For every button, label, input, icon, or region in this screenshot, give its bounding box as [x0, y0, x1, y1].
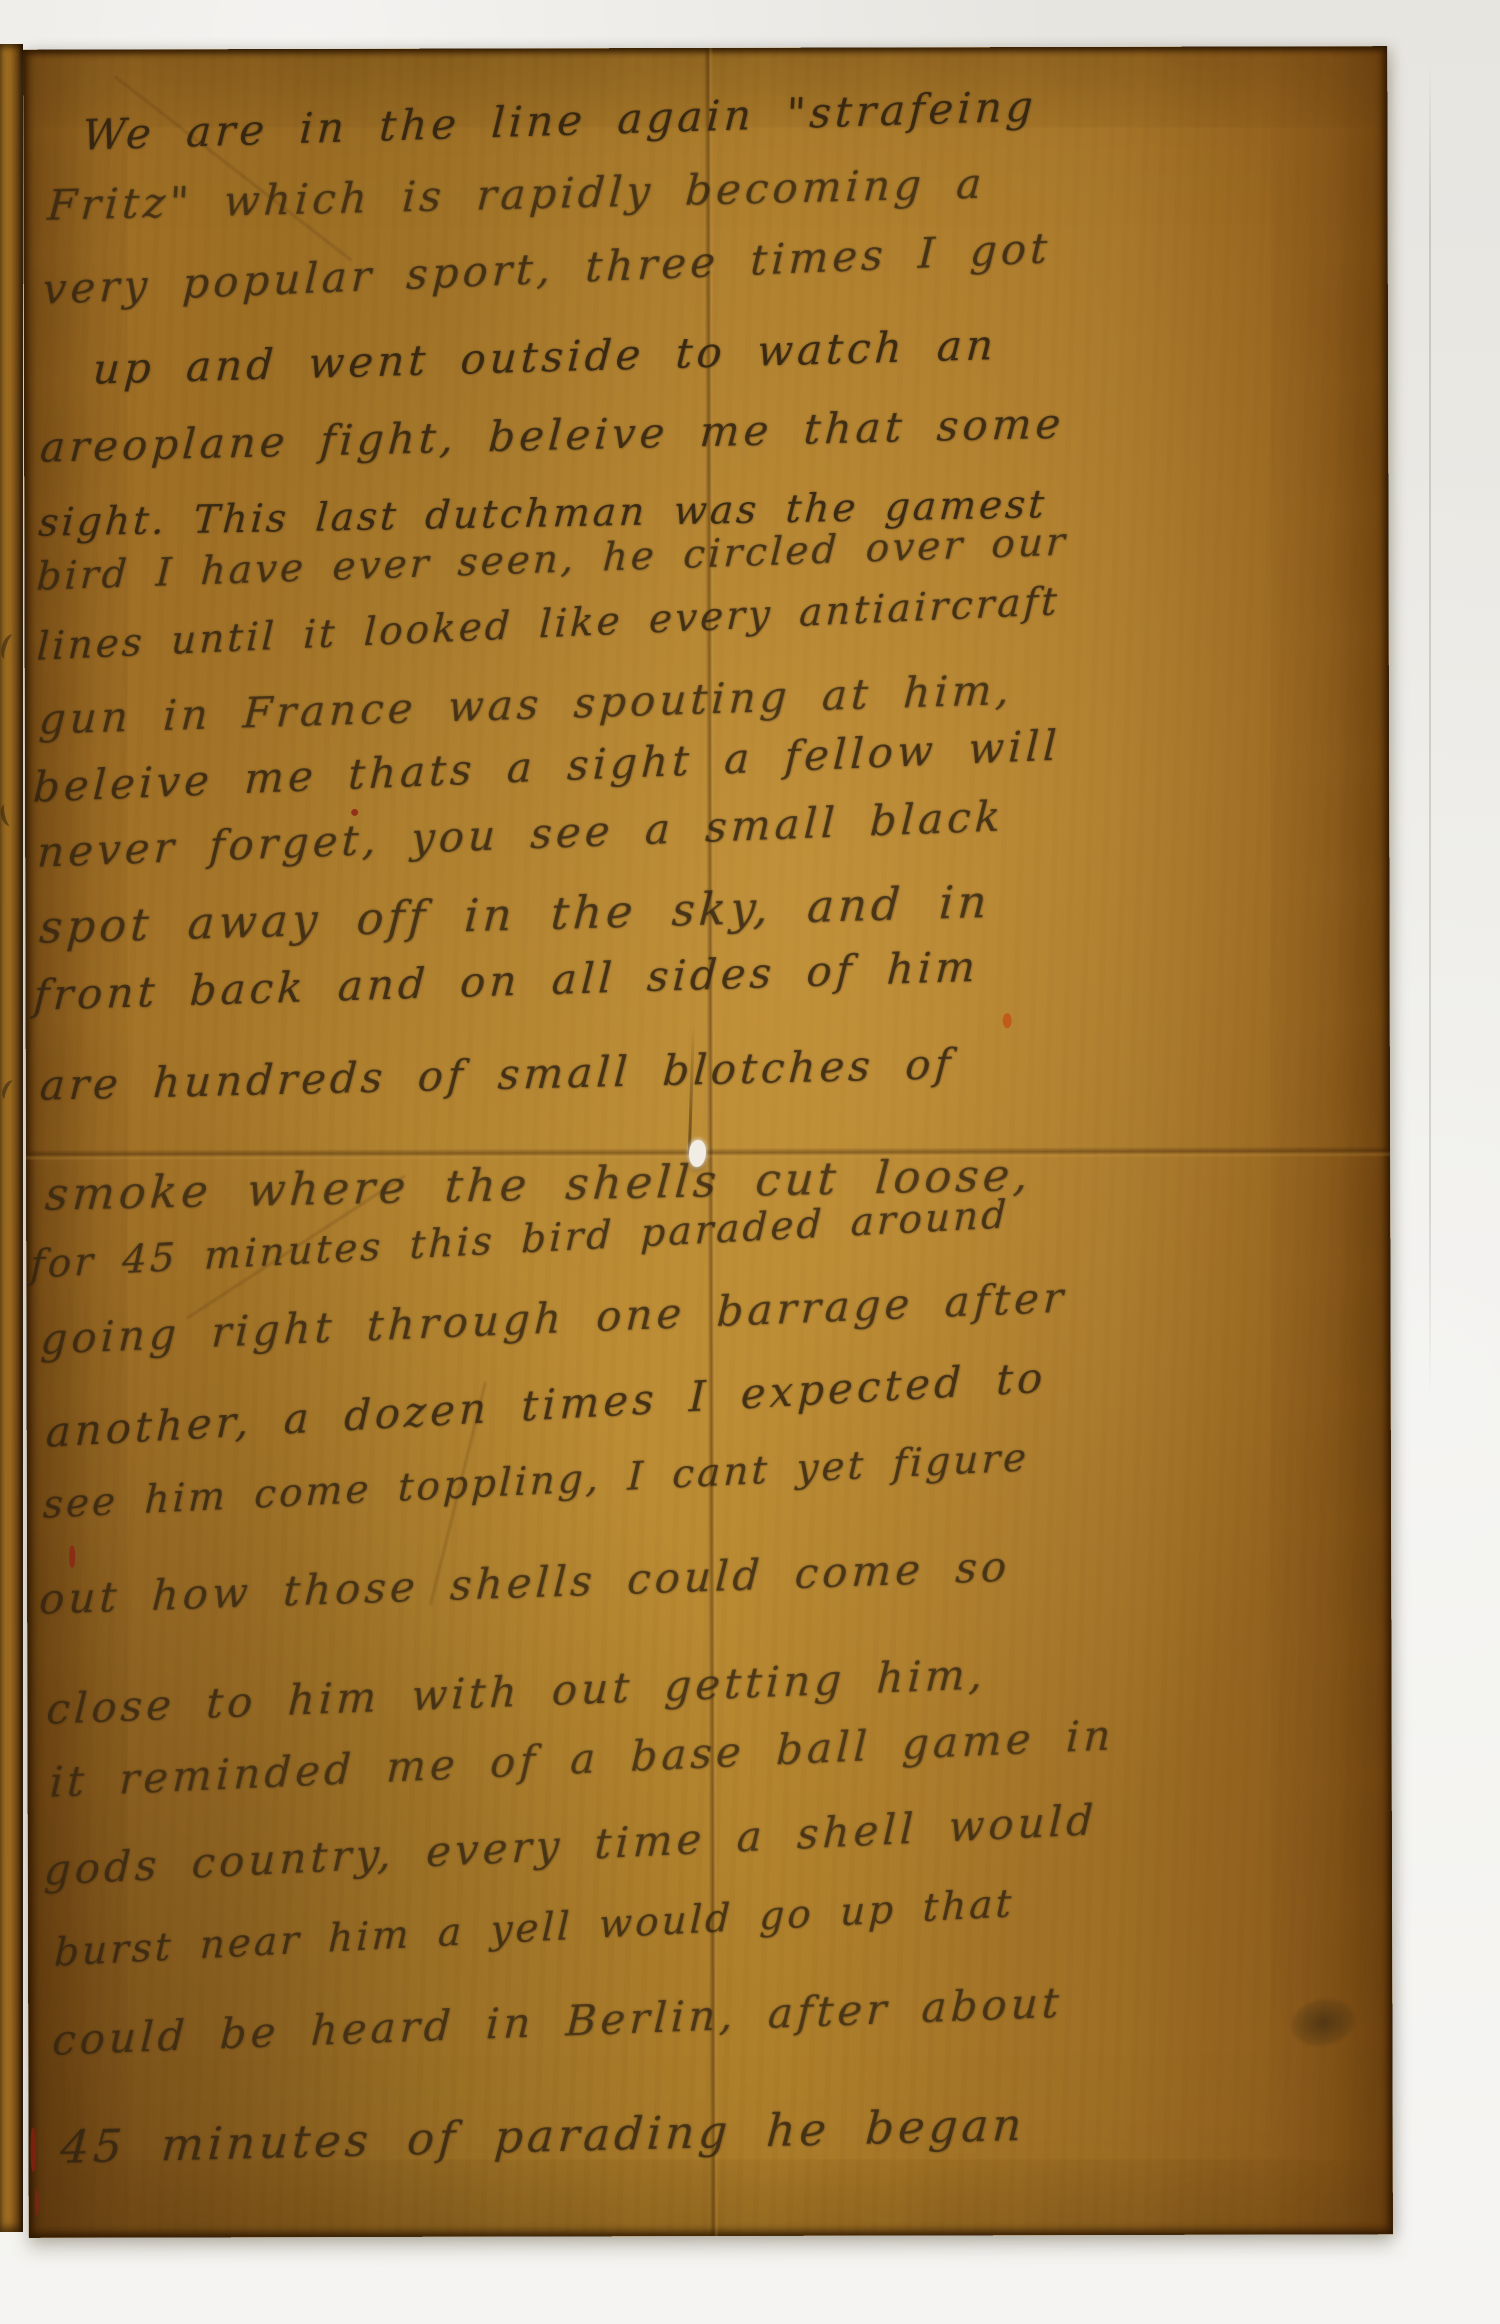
letter-line: spot away off in the sky, and in: [38, 874, 992, 956]
red-fleck: [31, 2128, 36, 2172]
letter-line: could be heard in Berlin, after about: [51, 1977, 1064, 2068]
red-fleck: [1003, 1013, 1012, 1028]
ink-fragment: [0, 1078, 19, 1101]
letter-line: 45 minutes of parading he began: [59, 2097, 1027, 2176]
letter-paper: We are in the line again "strafeing Frit…: [23, 46, 1393, 2238]
letter-line: are hundreds of small blotches of: [38, 1038, 956, 1112]
letter-line: gods country, every time a shell would: [43, 1794, 1098, 1897]
ink-fragment: [0, 803, 16, 827]
pencil-smudge: [1286, 1992, 1361, 2053]
scanned-letter-page: We are in the line again "strafeing Frit…: [0, 0, 1500, 2324]
adjacent-page-edge: [0, 44, 23, 2232]
letter-line: up and went outside to watch an: [91, 319, 998, 396]
letter-line: out how those shells could come so: [38, 1541, 1012, 1627]
letter-line: burst near him a yell would go up that: [53, 1880, 1015, 1978]
letter-line: going right through one barrage after: [39, 1272, 1068, 1367]
letter-line: front back and on all sides of him: [32, 941, 980, 1023]
letter-line: areoplane fight, beleive me that some: [39, 398, 1067, 475]
ink-fragment: [0, 632, 20, 661]
letter-line: very popular sport, three times I got: [42, 222, 1053, 316]
letter-line: Fritz" which is rapidly becoming a: [46, 158, 987, 233]
red-fleck: [35, 2190, 39, 2216]
red-fleck: [69, 1546, 75, 1568]
letter-line: We are in the line again "strafeing: [81, 80, 1038, 162]
backing-seam-shadow: [1429, 60, 1431, 1400]
